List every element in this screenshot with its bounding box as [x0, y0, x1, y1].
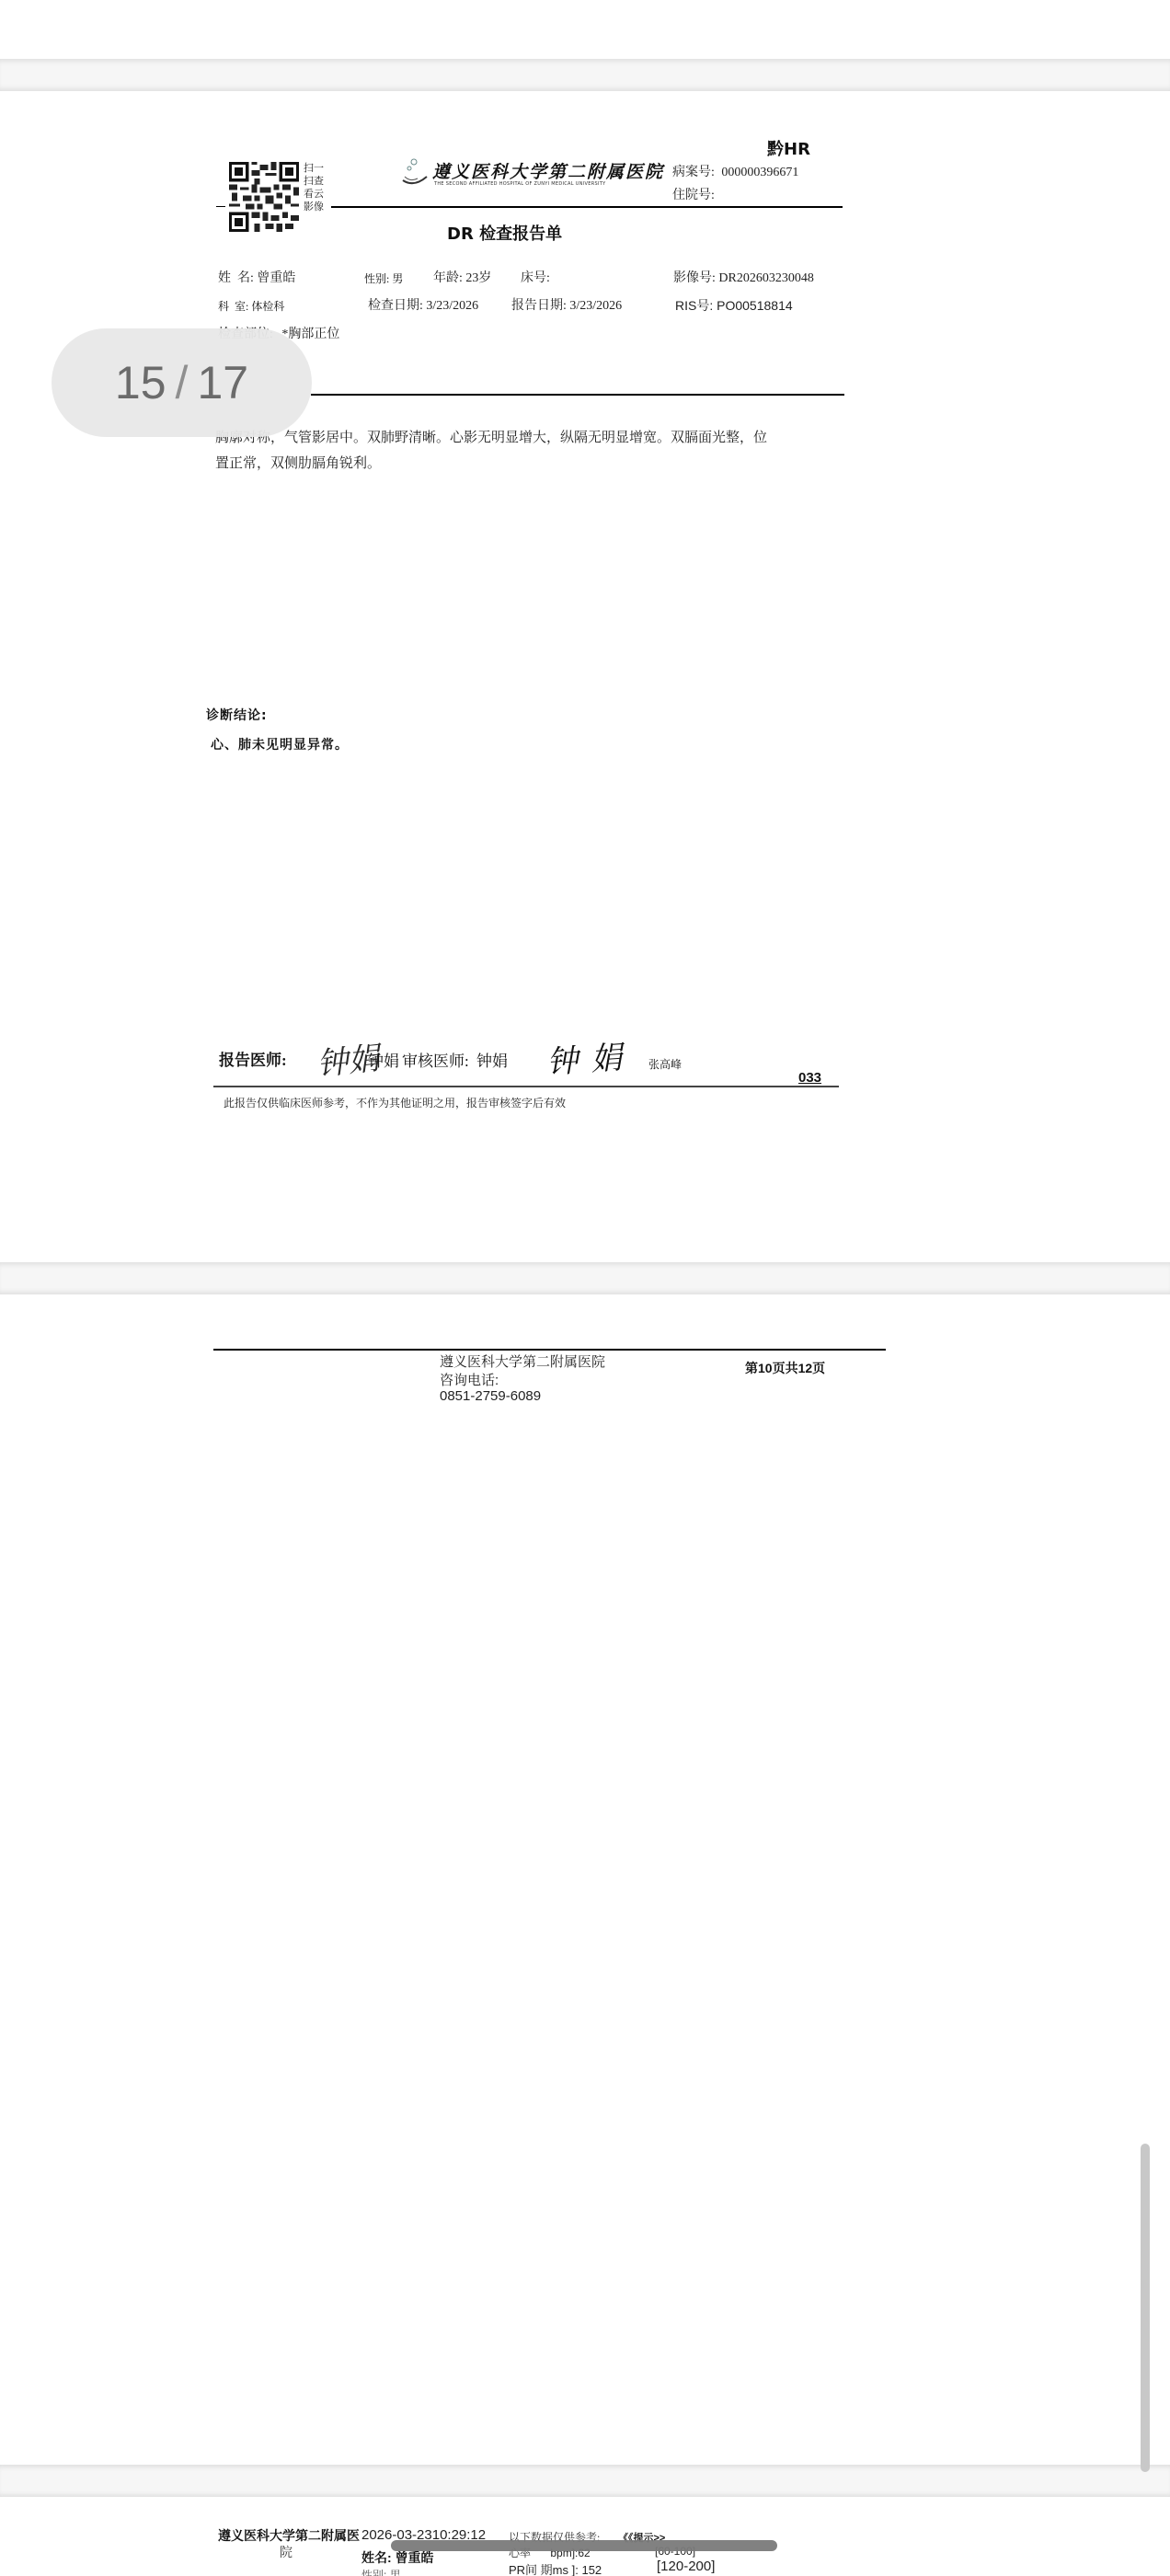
footer-rule — [213, 1349, 886, 1351]
vertical-scrollbar[interactable] — [1141, 2144, 1150, 2472]
ecg-sex-label: 性别: — [361, 2569, 386, 2576]
age-value: 23岁 — [465, 271, 491, 285]
ecg-name-value: 曾重皓 — [396, 2550, 434, 2565]
reviewing-doctor-signature: 钟娟 — [545, 1031, 636, 1083]
hospital-logo: 遵义医科大学第二附属医院 THE SECOND AFFILIATED HOSPI… — [401, 156, 618, 193]
patient-name-value: 曾重皓 — [257, 271, 295, 285]
qr-caption-line: 扫查 — [304, 175, 329, 188]
patient-name: 姓 名: 曾重皓 — [218, 268, 295, 286]
patient-sex: 性别: 男 — [364, 270, 403, 286]
report-title: DR 检查报告单 — [447, 221, 562, 245]
qr-caption-line: 扫一 — [304, 162, 329, 175]
bed-label: 床号: — [521, 271, 550, 285]
findings-line-2: 置正常，双侧肋膈角锐利。 — [215, 452, 381, 477]
reporting-doctor-label: 报告医师: — [219, 1047, 287, 1070]
page-separator: / — [176, 356, 189, 409]
bed-number: 床号: — [521, 268, 550, 286]
section-rule — [311, 394, 844, 396]
patient-name-label: 姓 名: — [218, 271, 254, 285]
ris-value: PO00518814 — [717, 298, 793, 313]
header-rule — [331, 206, 843, 208]
age-label: 年龄: — [433, 271, 463, 285]
qr-caption-line: 看云 — [304, 188, 329, 201]
ris-number: RIS号: PO00518814 — [675, 296, 793, 315]
inpatient-number-label: 住院号: — [672, 189, 715, 202]
ecg-patient-sex: 性别: 男 — [361, 2567, 401, 2576]
report-date-value: 3/23/2026 — [569, 299, 622, 313]
case-number-label: 病案号: — [672, 166, 715, 179]
footer-phone: 0851-2759-6089 — [440, 1388, 541, 1404]
qr-code[interactable] — [227, 162, 301, 232]
horizontal-scrollbar[interactable] — [391, 2540, 777, 2551]
department-label: 科 室: — [218, 300, 248, 313]
image-number-value: DR202603230048 — [718, 271, 813, 285]
report-date: 报告日期: 3/23/2026 — [511, 295, 622, 314]
page-gap — [0, 2465, 1170, 2497]
signature-rule — [213, 1086, 839, 1087]
reporting-doctor-name: 钟娟 — [368, 1048, 399, 1071]
conclusion-heading: 诊断结论: — [206, 706, 268, 724]
extra-signer-name: 张高峰 — [648, 1056, 682, 1072]
hospital-logo-subtext: THE SECOND AFFILIATED HOSPITAL OF ZUNYI … — [434, 181, 605, 187]
exam-date-value: 3/23/2026 — [426, 299, 478, 313]
disclaimer: 此报告仅供临床医师参考，不作为其他证明之用，报告审核签字后有效 — [224, 1095, 566, 1110]
total-pages: 17 — [197, 356, 248, 409]
sex-label: 性别: — [364, 272, 389, 285]
conclusion-text: 心、肺未见明显异常。 — [211, 735, 349, 753]
ecg-hospital-cont: 院 — [280, 2543, 292, 2561]
ecg-hospital: 遵义医科大学第二附属医 — [218, 2526, 360, 2545]
report-code: 033 — [798, 1070, 821, 1086]
previous-page-tail — [0, 0, 1170, 59]
case-number-value: 000000396671 — [721, 166, 798, 179]
footer-page-info: 第10页共12页 — [745, 1359, 825, 1377]
reviewing-doctor-name: 钟娟 — [476, 1052, 508, 1070]
report-date-label: 报告日期: — [511, 299, 567, 313]
ecg-name-label: 姓名: — [361, 2550, 392, 2565]
department: 科 室: 体检科 — [218, 298, 284, 314]
department-value: 体检科 — [251, 300, 284, 313]
image-number-label: 影像号: — [673, 271, 716, 285]
patient-age: 年龄: 23岁 — [433, 268, 491, 286]
ecg-row: PR间 期ms ]: 152 — [509, 2560, 602, 2576]
page-gap — [0, 59, 1170, 91]
reviewing-doctor: 审核医师: 钟娟 — [402, 1048, 508, 1071]
qr-caption-line: 影像 — [304, 201, 329, 213]
footer-hospital: 遵义医科大学第二附属医院 — [440, 1351, 605, 1371]
footer-phone-label: 咨询电话: — [440, 1370, 499, 1389]
page-gap — [0, 1262, 1170, 1294]
footer-page — [0, 1294, 1170, 2465]
hospital-emblem-icon — [401, 156, 429, 188]
province-code: 黔HR — [767, 136, 810, 160]
inpatient-number-row: 住院号: — [672, 185, 715, 203]
sex-value: 男 — [392, 272, 403, 285]
current-page: 15 — [115, 356, 166, 409]
page-indicator: 15 / 17 — [52, 328, 312, 437]
ecg-patient-name: 姓名: 曾重皓 — [361, 2548, 434, 2567]
header-rule-left — [216, 206, 225, 207]
image-number: 影像号: DR202603230048 — [673, 268, 814, 286]
ecg-row-unit: ]: 152 — [572, 2563, 602, 2576]
ecg-row-label: PR间 期ms — [509, 2563, 568, 2576]
exam-date-label: 检查日期: — [368, 299, 423, 313]
exam-date: 检查日期: 3/23/2026 — [368, 295, 478, 314]
ecg-row-range: [120-200] — [657, 2559, 715, 2574]
reviewing-doctor-label: 审核医师: — [402, 1052, 469, 1070]
case-number-row: 病案号: 000000396671 — [672, 162, 798, 180]
findings-line-1: 胸廓对称，气管影居中。双肺野清晰。心影无明显增大，纵隔无明显增宽。双膈面光整，位 — [215, 426, 767, 451]
hospital-logo-text: 遵义医科大学第二附属医院 — [432, 158, 664, 183]
ecg-sex-value: 男 — [390, 2569, 401, 2576]
qr-caption: 扫一 扫查 看云 影像 — [304, 162, 329, 213]
ris-label: RIS号: — [675, 298, 713, 313]
